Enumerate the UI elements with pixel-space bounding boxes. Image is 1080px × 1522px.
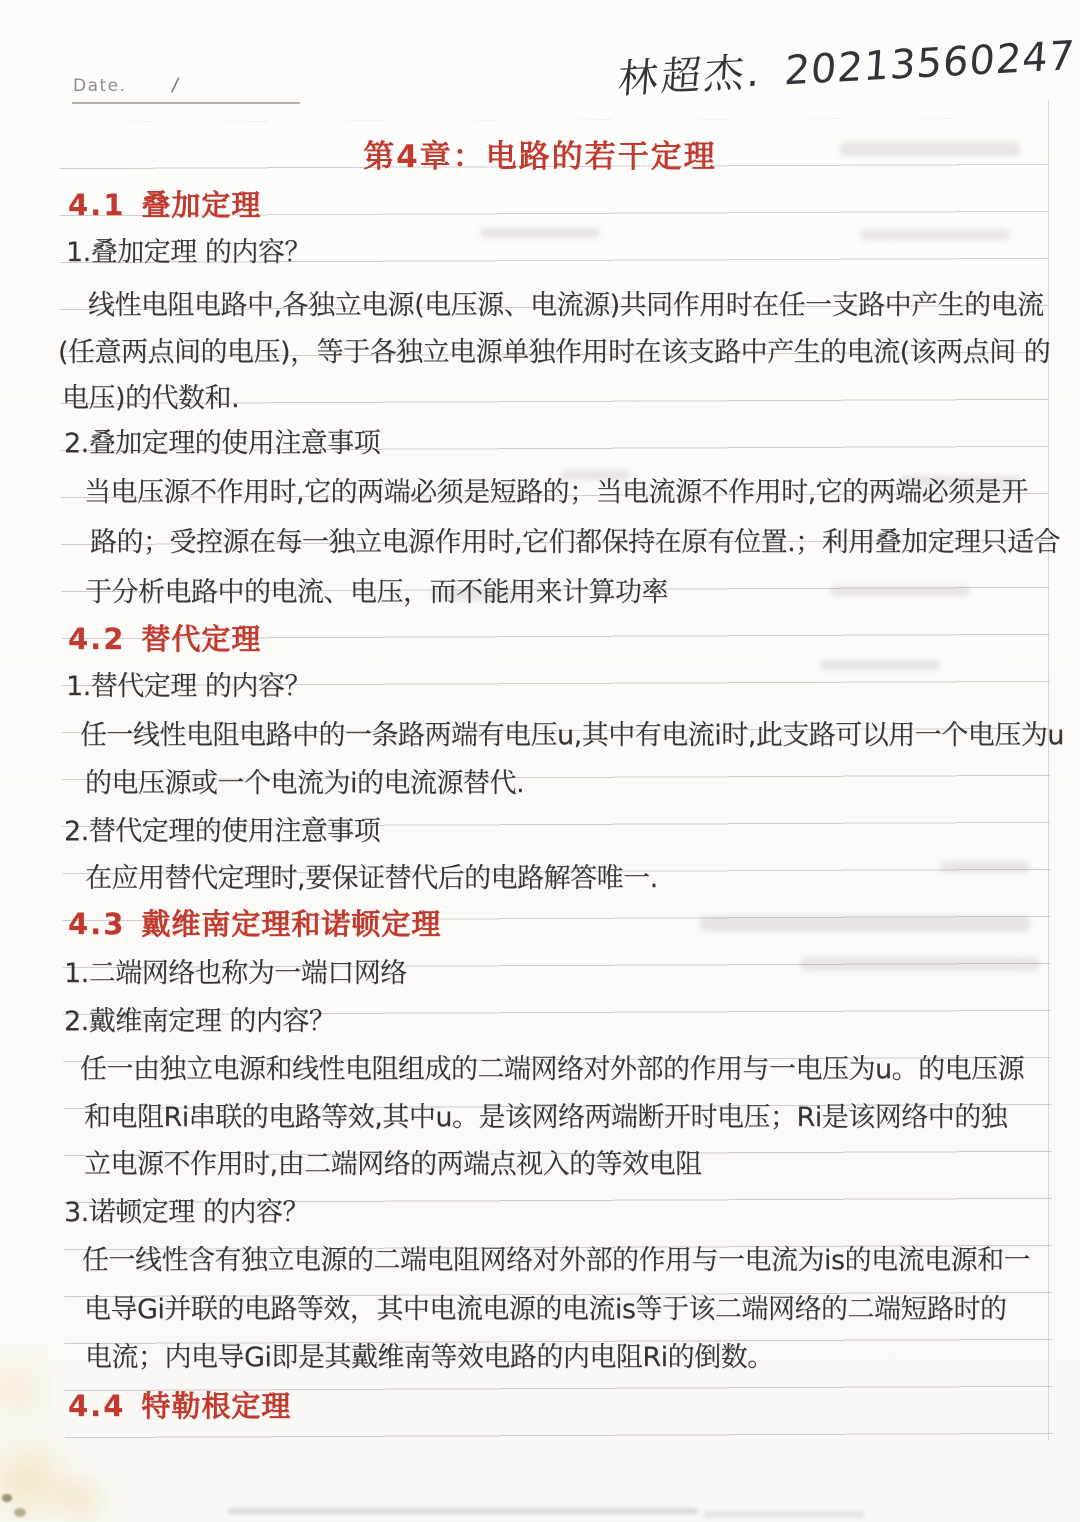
ink-bleed-smudge — [830, 586, 970, 596]
section-heading-4-4: 4.4特勒根定理 — [68, 1384, 291, 1425]
note-line: 任一线性电阻电路中的一条路两端有电压u,其中有电流i时,此支路可以用一个电压为u — [80, 713, 1064, 752]
note-line: 电导Gi并联的电路等效，其中电流电源的电流is等于该二端网络的二端短路时的 — [84, 1287, 1007, 1326]
ink-bleed-smudge — [860, 230, 1010, 240]
section-number: 4.1 — [68, 188, 125, 222]
note-line: 任一由独立电源和线性电阻组成的二端网络对外部的作用与一电压为u。的电压源 — [80, 1047, 1024, 1086]
section-heading-4-1: 4.1叠加定理 — [68, 183, 261, 224]
note-line: 1.替代定理 的内容？ — [66, 664, 311, 703]
note-line: 于分析电路中的电流、电压，而不能用来计算功率 — [85, 570, 668, 609]
section-number: 4.2 — [68, 622, 125, 656]
paper-stain — [0, 1430, 84, 1522]
paper-speck — [14, 1508, 26, 1517]
section-heading-4-3: 4.3戴维南定理和诺顿定理 — [68, 902, 441, 943]
note-line: 在应用替代定理时,要保证替代后的电路解答唯一. — [85, 856, 658, 895]
scan-smudge — [228, 1508, 698, 1514]
ink-bleed-smudge — [800, 958, 1040, 970]
paper-stain — [0, 1330, 52, 1450]
note-line: 路的；受控源在每一独立电源作用时,它们都保持在原有位置.；利用叠加定理只适合 — [90, 520, 1060, 559]
section-heading-4-2: 4.2替代定理 — [68, 617, 261, 658]
ink-bleed-smudge — [480, 228, 600, 238]
page-right-edge — [1048, 100, 1049, 1440]
note-line: 的电压源或一个电流为i的电流源替代. — [85, 761, 524, 800]
student-id: 20213560247 — [783, 33, 1077, 94]
ink-bleed-smudge — [820, 660, 940, 670]
note-line: (任意两点间的电压)，等于各独立电源单独作用时在该支路中产生的电流(该两点间 的 — [58, 330, 1050, 369]
paper-stain — [40, 1470, 120, 1522]
ink-bleed-smudge — [700, 916, 1030, 931]
note-line: 任一线性含有独立电源的二端电阻网络对外部的作用与一电流为is的电流电源和一 — [82, 1238, 1030, 1277]
note-line: 3.诺顿定理 的内容？ — [64, 1190, 309, 1229]
paper-speck — [2, 1494, 12, 1502]
section-title: 戴维南定理和诺顿定理 — [141, 907, 441, 941]
section-number: 4.4 — [68, 1389, 125, 1423]
note-line: 立电源不作用时,由二端网络的两端点视入的等效电阻 — [84, 1142, 702, 1181]
student-signature: 林超杰.20213560247 — [616, 24, 1077, 105]
section-title: 替代定理 — [141, 622, 261, 656]
note-line: 1.叠加定理 的内容？ — [66, 230, 311, 269]
section-title: 叠加定理 — [141, 188, 261, 222]
note-line: 当电压源不作用时,它的两端必须是短路的；当电流源不作用时,它的两端必须是开 — [84, 470, 1028, 509]
note-line: 电流；内电导Gi即是其戴维南等效电路的内电阻Ri的倒数。 — [85, 1335, 774, 1374]
date-pen-mark: / — [171, 74, 180, 97]
notebook-page: Date. / 林超杰.20213560247 第4章：电路的若干定理 4.1叠… — [0, 0, 1080, 1522]
note-line: 电压)的代数和. — [62, 376, 239, 415]
scan-smudge — [704, 1512, 864, 1517]
date-underline-line — [72, 102, 300, 104]
note-line: 2.戴维南定理 的内容？ — [64, 999, 335, 1038]
page-title: 第4章：电路的若干定理 — [0, 131, 1080, 176]
student-name: 林超杰. — [616, 49, 764, 103]
note-line: 2.替代定理的使用注意事项 — [64, 809, 380, 848]
section-title: 特勒根定理 — [141, 1389, 291, 1423]
section-number: 4.3 — [68, 907, 125, 941]
note-line: 线性电阻电路中,各独立电源(电压源、电流源)共同作用时在任一支路中产生的电流 — [88, 283, 1044, 322]
ink-bleed-smudge — [940, 862, 1030, 872]
date-label: Date. — [73, 76, 127, 96]
note-line: 2.叠加定理的使用注意事项 — [64, 421, 380, 460]
note-line: 1.二端网络也称为一端口网络 — [64, 951, 407, 990]
note-line: 和电阻Ri串联的电路等效,其中u。是该网络两端断开时电压；Ri是该网络中的独 — [84, 1095, 1007, 1134]
